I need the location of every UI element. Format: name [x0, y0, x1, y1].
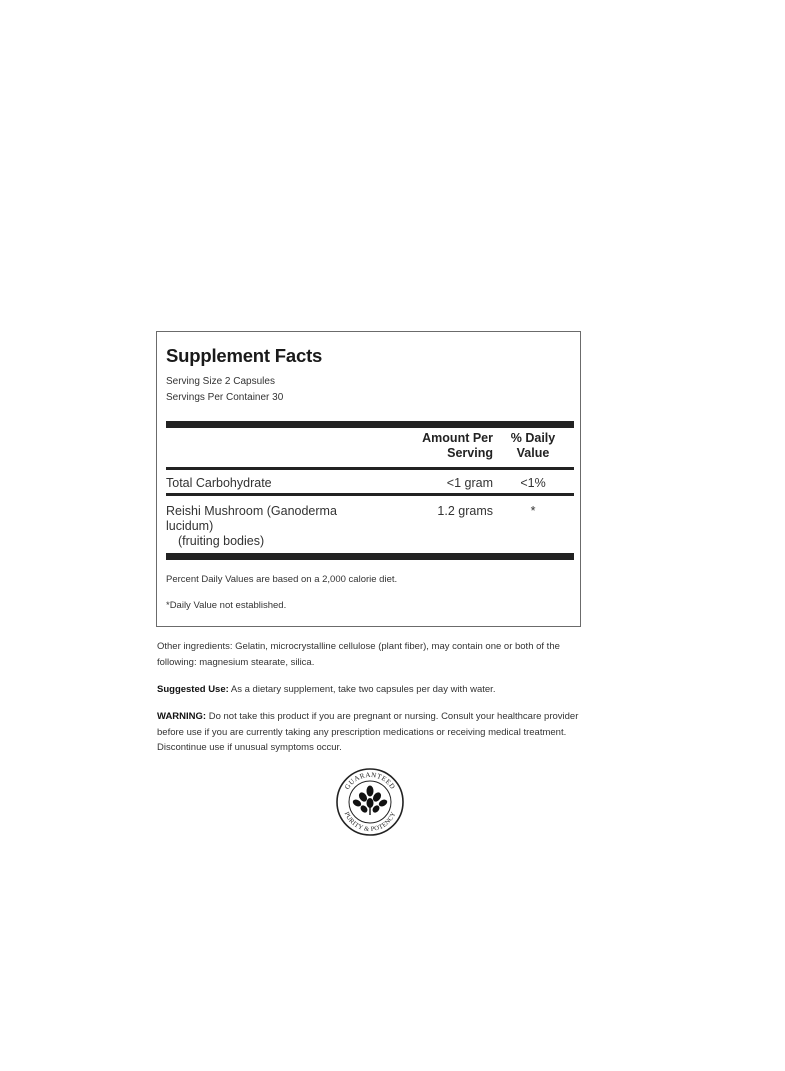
- header-dv-line1: % Daily: [502, 431, 564, 446]
- column-header-amount: Amount Per Serving: [387, 431, 493, 461]
- footnote-daily-values: Percent Daily Values are based on a 2,00…: [166, 574, 397, 585]
- servings-per-container: Servings Per Container 30: [166, 392, 283, 403]
- supplement-facts-panel: Supplement Facts Serving Size 2 Capsules…: [156, 331, 581, 627]
- row-daily-value: *: [502, 504, 564, 519]
- suggested-use-text: As a dietary supplement, take two capsul…: [229, 684, 496, 695]
- footnote-not-established: *Daily Value not established.: [166, 600, 286, 611]
- header-dv-line2: Value: [502, 446, 564, 461]
- row-name-text: Reishi Mushroom (Ganoderma lucidum): [166, 504, 337, 533]
- warning: WARNING: Do not take this product if you…: [157, 709, 597, 756]
- divider-thin: [166, 493, 574, 496]
- warning-label: WARNING:: [157, 711, 206, 722]
- serving-size: Serving Size 2 Capsules: [166, 376, 275, 387]
- header-amount-line1: Amount Per: [387, 431, 493, 446]
- row-daily-value: <1%: [502, 476, 564, 491]
- row-name-sub: (fruiting bodies): [166, 534, 386, 549]
- leaf-seal-icon: GUARANTEED PURITY & POTENCY: [335, 767, 405, 837]
- divider-thin: [166, 467, 574, 470]
- header-amount-line2: Serving: [387, 446, 493, 461]
- suggested-use: Suggested Use: As a dietary supplement, …: [157, 682, 597, 698]
- divider-thick: [166, 421, 574, 428]
- row-amount: 1.2 grams: [387, 504, 493, 519]
- other-ingredients: Other ingredients: Gelatin, microcrystal…: [157, 639, 597, 670]
- divider-thick: [166, 553, 574, 560]
- suggested-use-label: Suggested Use:: [157, 684, 229, 695]
- column-header-daily-value: % Daily Value: [502, 431, 564, 461]
- panel-title: Supplement Facts: [166, 345, 322, 367]
- row-amount: <1 gram: [387, 476, 493, 491]
- row-name: Reishi Mushroom (Ganoderma lucidum) (fru…: [166, 504, 386, 549]
- warning-text: Do not take this product if you are preg…: [157, 711, 578, 753]
- row-name: Total Carbohydrate: [166, 476, 386, 491]
